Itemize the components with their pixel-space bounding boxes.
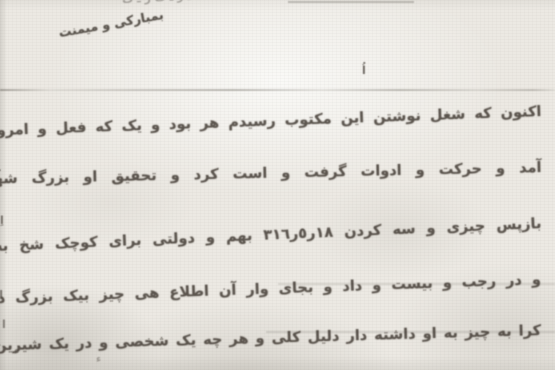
ruled-line	[288, 1, 414, 3]
manuscript-page: ٮ ـ ر ـ ٮ ر ـ ٮ بمبارکی و میمنت اُ اکنون…	[0, 0, 555, 370]
handwritten-line: بازپس چیزی و سه کردن ١٨ر٥ر٣١٦ بهم و دولت…	[0, 216, 541, 261]
handwritten-line: اکنون که شغل نوشتن این مکتوب رسیدم هر بو…	[0, 104, 541, 145]
ink-speck: اِ	[0, 214, 4, 227]
ink-mark: اُ	[362, 64, 366, 77]
ink-speck: ا	[2, 318, 6, 331]
ink-speck: ء	[14, 346, 19, 357]
handwritten-line: کرا به چیز به او داشته دار دلیل کلی و هر…	[0, 323, 541, 361]
ink-speck: ء	[96, 354, 101, 365]
ruled-line	[0, 89, 555, 91]
handwritten-line: و در رجب و بیست و داد و بجای وار آن اطلا…	[0, 272, 541, 312]
ink-speck: ا	[0, 288, 3, 302]
header-note: بمبارکی و میمنت	[58, 7, 165, 40]
handwritten-line: آمد و حرکت و ادوات گرفت و است کرد و تحقی…	[0, 160, 541, 190]
top-edge-text-fragment: ٮ ـ ر ـ ٮ ر ـ ٮ	[122, 0, 206, 6]
